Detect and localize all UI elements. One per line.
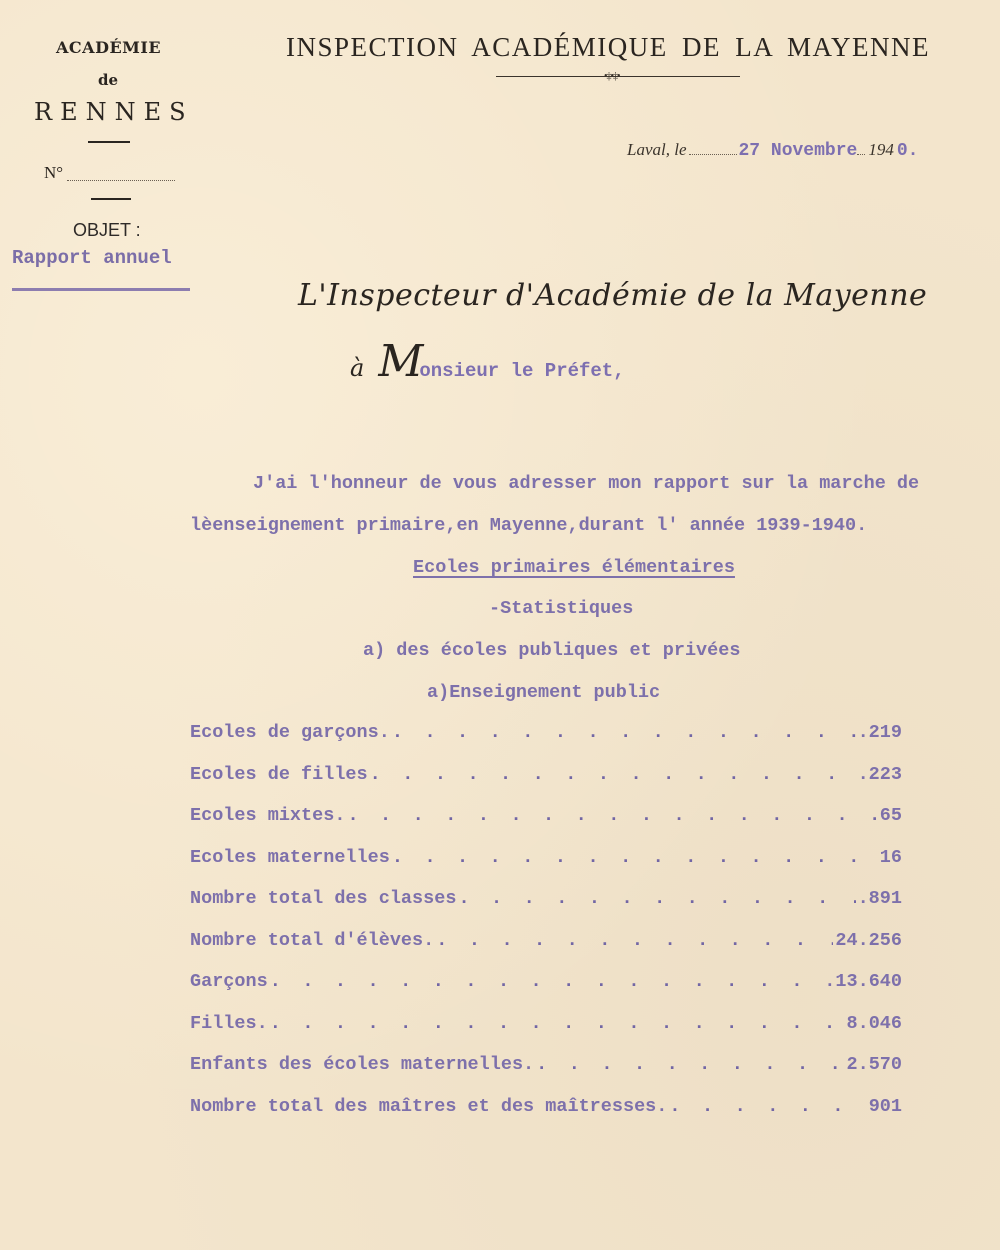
stat-value: .891 — [858, 888, 902, 909]
recipient-name: onsieur le Préfet, — [419, 360, 624, 382]
stat-label: Ecoles de filles — [190, 764, 368, 785]
stat-value: 2.570 — [846, 1054, 902, 1075]
stat-value: .223 — [858, 764, 902, 785]
stat-value: .13.640 — [824, 971, 902, 992]
leader-dots: . . . . . . . . . . . . . . . . . . . . … — [270, 971, 823, 992]
table-row: Enfants des écoles maternelles. . . . . … — [190, 1054, 902, 1096]
stat-label: Garçons — [190, 971, 268, 992]
divider — [88, 141, 130, 143]
leader-dots: . . . . . . . . . . . . . . . . . . . . … — [436, 930, 833, 951]
letterhead-title: INSPECTION ACADÉMIQUE DE LA MAYENNE — [286, 32, 930, 63]
stat-label: Ecoles de garçons. — [190, 722, 390, 743]
academie-label: ACADÉMIE — [56, 38, 161, 57]
date-year-typed: 0. — [897, 141, 919, 161]
stat-value: .219 — [858, 722, 902, 743]
leader-dots: . . . . . . . . . . . . . . . . . . . . … — [392, 847, 878, 868]
table-row: Nombre total d'élèves. . . . . . . . . .… — [190, 930, 902, 972]
stat-label: Enfants des écoles maternelles. — [190, 1054, 534, 1075]
table-row: Nombre total des classes . . . . . . . .… — [190, 888, 902, 930]
statistics-heading: -Statistiques — [489, 598, 633, 619]
date-dots — [857, 154, 865, 155]
date-typed: 27 Novembre — [739, 141, 858, 161]
object-value: Rapport annuel — [12, 247, 172, 269]
object-label: OBJET : — [73, 220, 141, 241]
stat-label: Nombre total des classes — [190, 888, 456, 909]
academie-de-label: de — [98, 71, 118, 89]
statistics-table: Ecoles de garçons. . . . . . . . . . . .… — [190, 722, 902, 1137]
stat-value: 24.256 — [835, 930, 902, 951]
leader-dots: . . . . . . . . . . . . . . . . . . . . … — [536, 1054, 844, 1075]
table-row: Nombre total des maîtres et des maîtress… — [190, 1096, 902, 1138]
object-underline — [12, 288, 190, 291]
recipient-initial: M — [378, 336, 423, 387]
stat-value: 901 — [869, 1096, 902, 1117]
stat-value: 8.046 — [846, 1013, 902, 1034]
stat-label: Filles. — [190, 1013, 268, 1034]
leader-dots: . . . . . . . . . . . . . . . . . . . . … — [370, 764, 856, 785]
table-row: Garçons . . . . . . . . . . . . . . . . … — [190, 971, 902, 1013]
leader-dots: . . . . . . . . . . . . . . . . . . . . … — [270, 1013, 845, 1034]
stat-value: 65 — [880, 805, 902, 826]
date-line: Laval, le 27 Novembre 194 0. — [627, 140, 918, 161]
leader-dots: . . . . . . . . . . . . . . . . . . . . … — [458, 888, 855, 909]
section-title: Ecoles primaires élémentaires — [413, 557, 735, 578]
leader-dots: . . . . . . . . . . . . . . . . . . . . … — [392, 722, 856, 743]
recipient-prefix: à — [350, 354, 364, 382]
subheading-public: a)Enseignement public — [427, 682, 660, 703]
sender-line: L'Inspecteur d'Académie de la Mayenne — [298, 278, 927, 313]
table-row: Filles. . . . . . . . . . . . . . . . . … — [190, 1013, 902, 1055]
stat-label: Nombre total des maîtres et des maîtress… — [190, 1096, 667, 1117]
date-year-printed: 194 — [868, 140, 894, 160]
stat-label: Ecoles maternelles — [190, 847, 390, 868]
table-row: Ecoles maternelles . . . . . . . . . . .… — [190, 847, 902, 889]
table-row: Ecoles de filles . . . . . . . . . . . .… — [190, 764, 902, 806]
table-row: Ecoles de garçons. . . . . . . . . . . .… — [190, 722, 902, 764]
leader-dots: . . . . . . . . . . . . . . . . . . . . … — [347, 805, 877, 826]
reference-number-field — [67, 180, 175, 181]
date-place: Laval, le — [627, 140, 687, 160]
body-paragraph-line-2: lèenseignement primaire,en Mayenne,duran… — [190, 515, 867, 536]
recipient-line: à M onsieur le Préfet, — [350, 336, 625, 387]
table-row: Ecoles mixtes. . . . . . . . . . . . . .… — [190, 805, 902, 847]
body-paragraph-line-1: J'ai l'honneur de vous adresser mon rapp… — [253, 473, 919, 494]
subheading-public-private: a) des écoles publiques et privées — [363, 640, 740, 661]
academie-city: RENNES — [34, 98, 194, 126]
stat-value: 16 — [880, 847, 902, 868]
reference-number-label: N° — [44, 163, 63, 183]
stat-label: Ecoles mixtes. — [190, 805, 345, 826]
ornament-icon: •‡•‡• — [604, 71, 620, 82]
stat-label: Nombre total d'élèves. — [190, 930, 434, 951]
date-dots — [689, 154, 737, 155]
leader-dots: . . . . . . . . . . . . . . . . . . . . … — [669, 1096, 866, 1117]
divider — [91, 198, 131, 200]
